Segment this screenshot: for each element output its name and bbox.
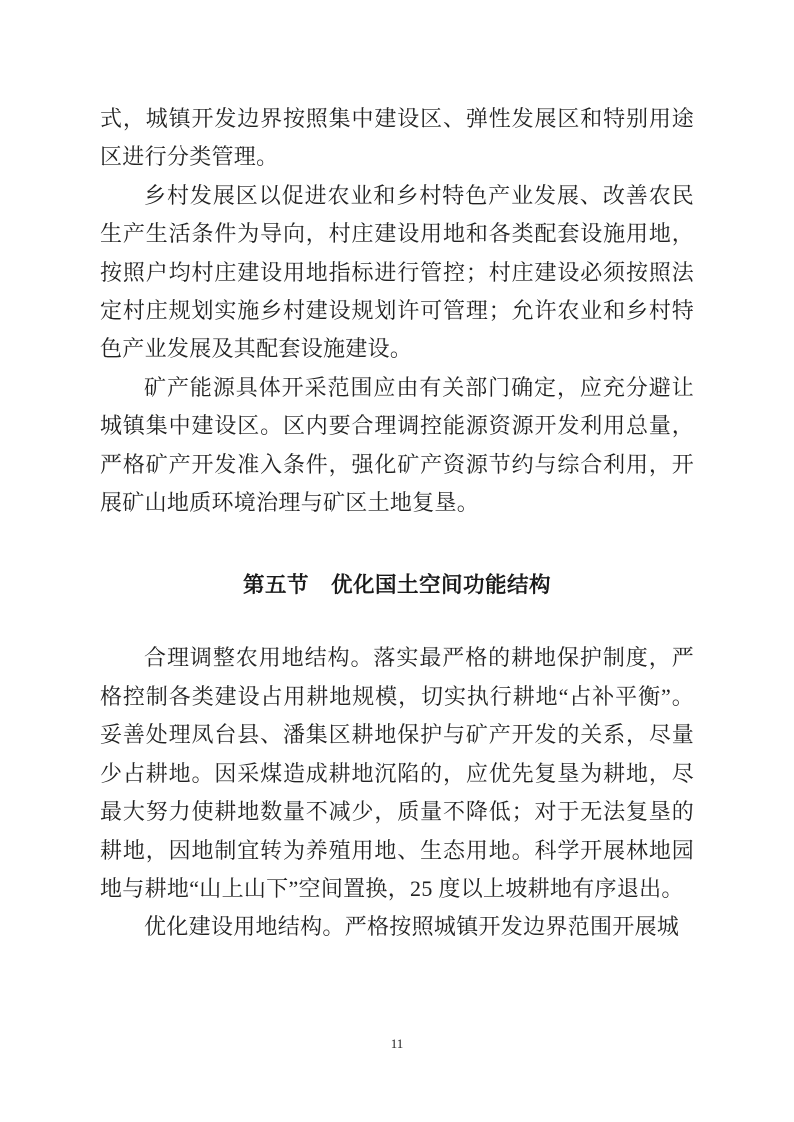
document-page: 式，城镇开发边界按照集中建设区、弹性发展区和特别用途区进行分类管理。 乡村发展区… [0,0,794,1122]
section-heading: 第五节 优化国土空间功能结构 [100,566,694,604]
paragraph-continuation: 式，城镇开发边界按照集中建设区、弹性发展区和特别用途区进行分类管理。 [100,100,694,177]
text-block: 式，城镇开发边界按照集中建设区、弹性发展区和特别用途区进行分类管理。 乡村发展区… [100,100,694,947]
paragraph-optimize-construction-land: 优化建设用地结构。严格按照城镇开发边界范围开展城 [100,908,694,946]
paragraph-mineral-energy: 矿产能源具体开采范围应由有关部门确定，应充分避让城镇集中建设区。区内要合理调控能… [100,369,694,523]
paragraph-rural-development-zone: 乡村发展区以促进农业和乡村特色产业发展、改善农民生产生活条件为导向，村庄建设用地… [100,177,694,369]
paragraph-adjust-agricultural-land: 合理调整农用地结构。落实最严格的耕地保护制度，严格控制各类建设占用耕地规模，切实… [100,639,694,908]
page-number: 11 [0,1036,794,1052]
